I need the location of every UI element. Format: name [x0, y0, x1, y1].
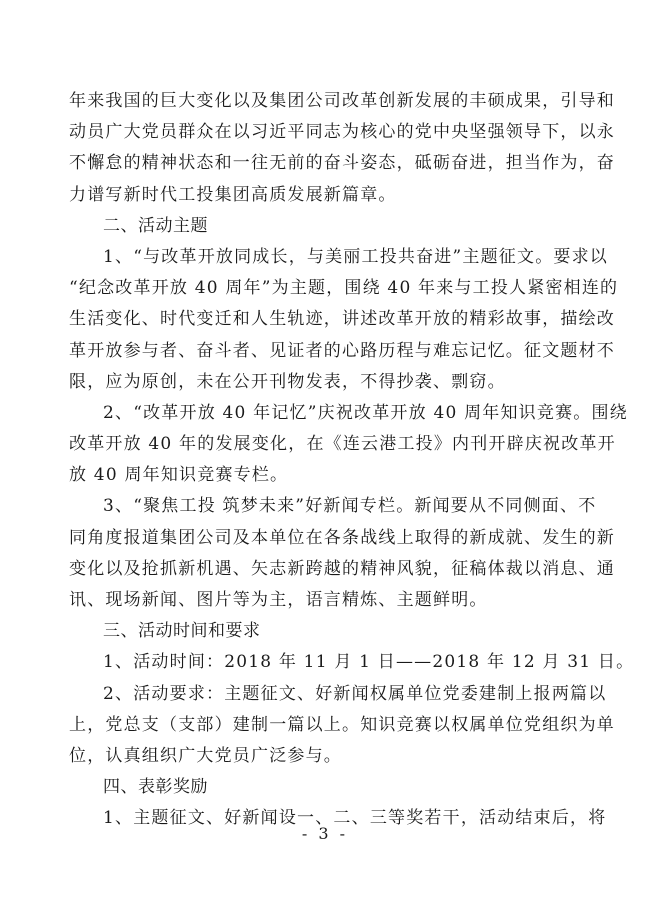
body-line: 位，认真组织广大党员广泛参与。: [69, 741, 586, 772]
body-line: 1、活动时间：2018 年 11 月 1 日——2018 年 12 月 31 日…: [69, 647, 586, 678]
page-body: 年来我国的巨大变化以及集团公司改革创新发展的丰硕成果，引导和 动员广大党员群众在…: [69, 86, 586, 835]
body-line: 年来我国的巨大变化以及集团公司改革创新发展的丰硕成果，引导和: [69, 86, 586, 117]
document-page: 年来我国的巨大变化以及集团公司改革创新发展的丰硕成果，引导和 动员广大党员群众在…: [0, 0, 650, 919]
body-line: 2、“改革开放 40 年记忆”庆祝改革开放 40 周年知识竞赛。围绕: [69, 398, 586, 429]
section-heading: 二、活动主题: [69, 211, 586, 242]
body-line: 放 40 周年知识竞赛专栏。: [69, 460, 586, 491]
section-heading: 三、活动时间和要求: [69, 616, 586, 647]
body-line: 动员广大党员群众在以习近平同志为核心的党中央坚强领导下，以永: [69, 117, 586, 148]
body-line: 变化以及抢抓新机遇、矢志新跨越的精神风貌，征稿体裁以消息、通: [69, 554, 586, 585]
body-line: 生活变化、时代变迁和人生轨迹，讲述改革开放的精彩故事，描绘改: [69, 304, 586, 335]
body-line: 改革开放 40 年的发展变化，在《连云港工投》内刊开辟庆祝改革开: [69, 429, 586, 460]
body-line: 不懈怠的精神状态和一往无前的奋斗姿态，砥砺奋进，担当作为，奋: [69, 148, 586, 179]
body-line: “纪念改革开放 40 周年”为主题，围绕 40 年来与工投人紧密相连的: [69, 273, 586, 304]
body-line: 力谱写新时代工投集团高质发展新篇章。: [69, 180, 586, 211]
body-line: 同角度报道集团公司及本单位在各条战线上取得的新成就、发生的新: [69, 523, 586, 554]
body-line: 上，党总支（支部）建制一篇以上。知识竞赛以权属单位党组织为单: [69, 710, 586, 741]
body-line: 1、“与改革开放同成长，与美丽工投共奋进”主题征文。要求以: [69, 242, 586, 273]
body-line: 2、活动要求：主题征文、好新闻权属单位党委建制上报两篇以: [69, 679, 586, 710]
section-heading: 四、表彰奖励: [69, 772, 586, 803]
body-line: 革开放参与者、奋斗者、见证者的心路历程与难忘记忆。征文题材不: [69, 336, 586, 367]
body-line: 3、“聚焦工投 筑梦未来”好新闻专栏。新闻要从不同侧面、不: [69, 491, 586, 522]
page-number: - 3 -: [0, 824, 650, 843]
body-line: 讯、现场新闻、图片等为主，语言精炼、主题鲜明。: [69, 585, 586, 616]
body-line: 限，应为原创，未在公开刊物发表，不得抄袭、剽窃。: [69, 367, 586, 398]
